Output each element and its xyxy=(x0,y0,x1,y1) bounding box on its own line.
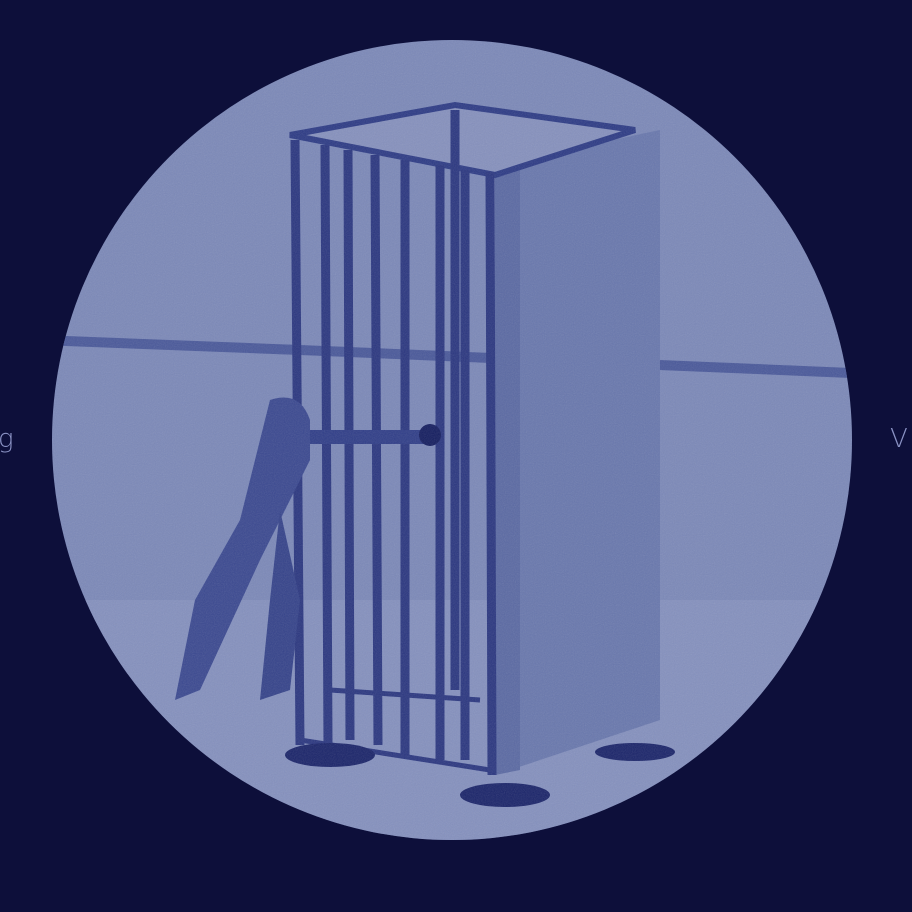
circular-cyanotype-photo xyxy=(0,0,912,912)
left-edge-text: g xyxy=(0,424,14,454)
right-edge-text: V xyxy=(890,424,908,454)
